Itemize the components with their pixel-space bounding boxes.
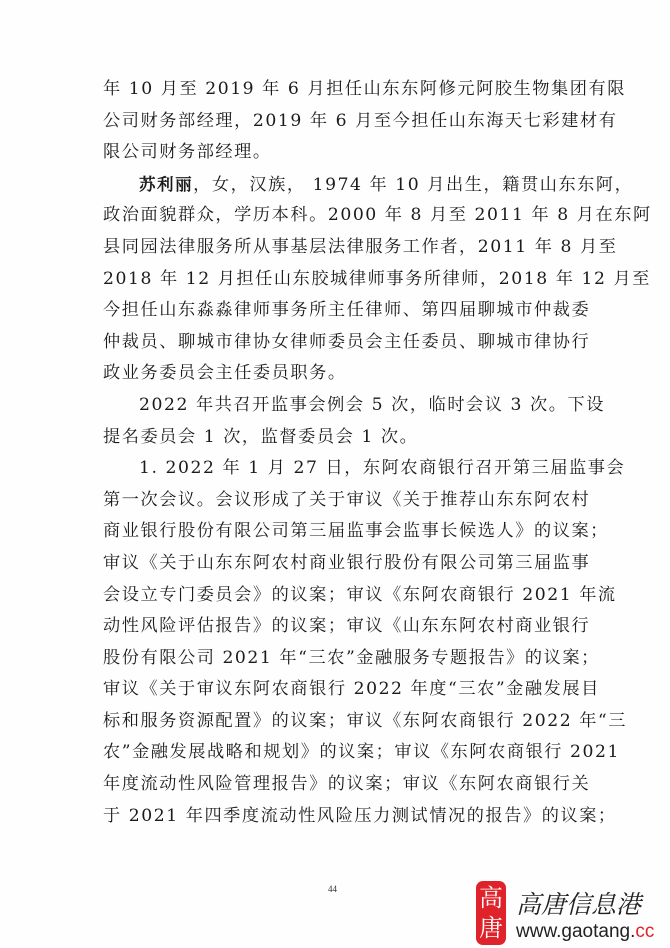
text-line: 政业务委员会主任委员职务。 [103, 358, 573, 390]
text-line: 审议《关于审议东阿农商银行 2022 年度“三农”金融发展目 [103, 674, 573, 706]
body-text: 年 10 月至 2019 年 6 月担任山东东阿修元阿胶生物集团有限 公司财务部… [103, 74, 573, 832]
text-line: 今担任山东淼淼律师事务所主任律师、第四届聊城市仲裁委 [103, 295, 573, 327]
text-line: 商业银行股份有限公司第三届监事会监事长候选人》的议案； [103, 516, 573, 548]
text-line: 标和服务资源配置》的议案；审议《东阿农商银行 2022 年“三 [103, 706, 573, 738]
text-line: 限公司财务部经理。 [103, 137, 573, 169]
person-name: 苏利丽 [139, 175, 193, 194]
text-line: 农”金融发展战略和规划》的议案；审议《东阿农商银行 2021 [103, 737, 573, 769]
text-line: 公司财务部经理，2019 年 6 月至今担任山东海天七彩建材有 [103, 106, 573, 138]
text-line: 1. 2022 年 1 月 27 日，东阿农商银行召开第三届监事会 [103, 453, 573, 485]
watermark-logo: 高 唐 高唐信息港 www.gaotang.cc [476, 881, 670, 945]
text-line: 县同园法律服务所从事基层法律服务工作者，2011 年 8 月至 [103, 232, 573, 264]
text-line: 第一次会议。会议形成了关于审议《关于推荐山东东阿农村 [103, 485, 573, 517]
text-line: 提名委员会 1 次，监督委员会 1 次。 [103, 422, 573, 454]
text-line: 年 10 月至 2019 年 6 月担任山东东阿修元阿胶生物集团有限 [103, 74, 573, 106]
text-line: 仲裁员、聊城市律协女律师委员会主任委员、聊城市律协行 [103, 327, 573, 359]
text-line: 年度流动性风险管理报告》的议案；审议《东阿农商银行关 [103, 769, 573, 801]
text-line: 审议《关于山东东阿农村商业银行股份有限公司第三届监事 [103, 548, 573, 580]
text-line: 于 2021 年四季度流动性风险压力测试情况的报告》的议案； [103, 801, 573, 833]
brand-url-main: www.gaotang. [516, 921, 635, 942]
text-line: 动性风险评估报告》的议案；审议《山东东阿农村商业银行 [103, 611, 573, 643]
bio-line: 苏利丽，女，汉族， 1974 年 10 月出生，籍贯山东东阿， [103, 169, 573, 201]
bio-text: ，女，汉族， 1974 年 10 月出生，籍贯山东东阿， [193, 175, 633, 195]
text-line: 会设立专门委员会》的议案；审议《东阿农商银行 2021 年流 [103, 580, 573, 612]
brand-url: www.gaotang.cc [516, 921, 654, 943]
page-number: 44 [328, 884, 337, 894]
seal-icon: 高 唐 [476, 881, 506, 945]
brand-url-tld: cc [635, 921, 654, 942]
text-line: 2018 年 12 月担任山东胶城律师事务所律师，2018 年 12 月至 [103, 264, 573, 296]
seal-char: 唐 [479, 913, 503, 943]
document-page: 年 10 月至 2019 年 6 月担任山东东阿修元阿胶生物集团有限 公司财务部… [0, 0, 670, 948]
seal-char: 高 [479, 883, 503, 913]
text-line: 政治面貌群众，学历本科。2000 年 8 月至 2011 年 8 月在东阿 [103, 200, 573, 232]
brand-name: 高唐信息港 [516, 885, 641, 921]
text-line: 股份有限公司 2021 年“三农”金融服务专题报告》的议案； [103, 643, 573, 675]
text-line: 2022 年共召开监事会例会 5 次，临时会议 3 次。下设 [103, 390, 573, 422]
